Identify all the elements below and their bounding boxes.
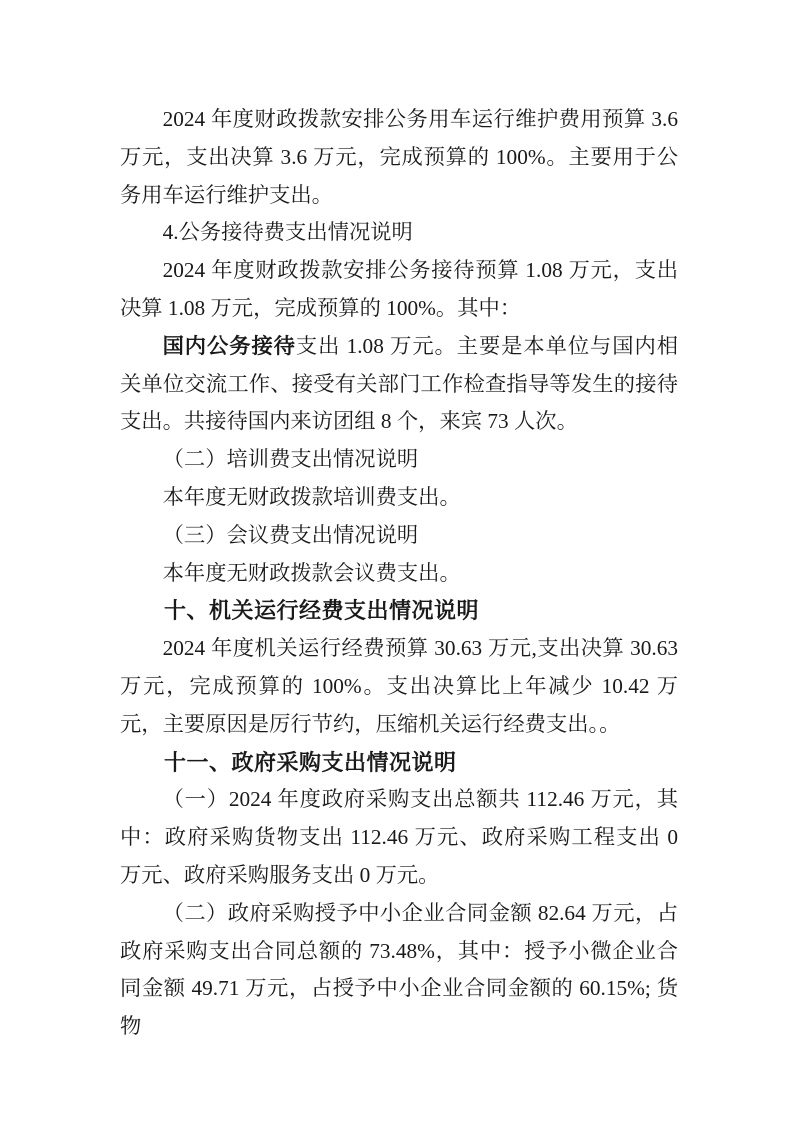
- paragraph-body: （一）2024 年度政府采购支出总额共 112.46 万元，其中：政府采购货物支…: [120, 781, 678, 894]
- paragraph-body: 本年度无财政拨款会议费支出。: [120, 555, 678, 593]
- document-content: 2024 年度财政拨款安排公务用车运行维护费用预算 3.6 万元，支出决算 3.…: [120, 101, 678, 1046]
- paragraph-body: 本年度无财政拨款培训费支出。: [120, 479, 678, 517]
- sub-heading: （三）会议费支出情况说明: [120, 517, 678, 555]
- sub-heading: 4.公务接待费支出情况说明: [120, 214, 678, 252]
- sub-heading: （二）培训费支出情况说明: [120, 441, 678, 479]
- paragraph-body: 2024 年度财政拨款安排公务用车运行维护费用预算 3.6 万元，支出决算 3.…: [120, 101, 678, 214]
- bold-lead-text: 国内公务接待: [163, 334, 296, 358]
- section-heading: 十一、政府采购支出情况说明: [120, 744, 678, 782]
- paragraph-body: 2024 年度机关运行经费预算 30.63 万元,支出决算 30.63 万元，完…: [120, 630, 678, 743]
- paragraph-body: （二）政府采购授予中小企业合同金额 82.64 万元，占政府采购支出合同总额的 …: [120, 895, 678, 1046]
- paragraph-body: 国内公务接待支出 1.08 万元。主要是本单位与国内相关单位交流工作、接受有关部…: [120, 328, 678, 441]
- paragraph-body: 2024 年度财政拨款安排公务接待预算 1.08 万元，支出决算 1.08 万元…: [120, 252, 678, 328]
- section-heading: 十、机关运行经费支出情况说明: [120, 592, 678, 630]
- document-page: 2024 年度财政拨款安排公务用车运行维护费用预算 3.6 万元，支出决算 3.…: [0, 0, 793, 1122]
